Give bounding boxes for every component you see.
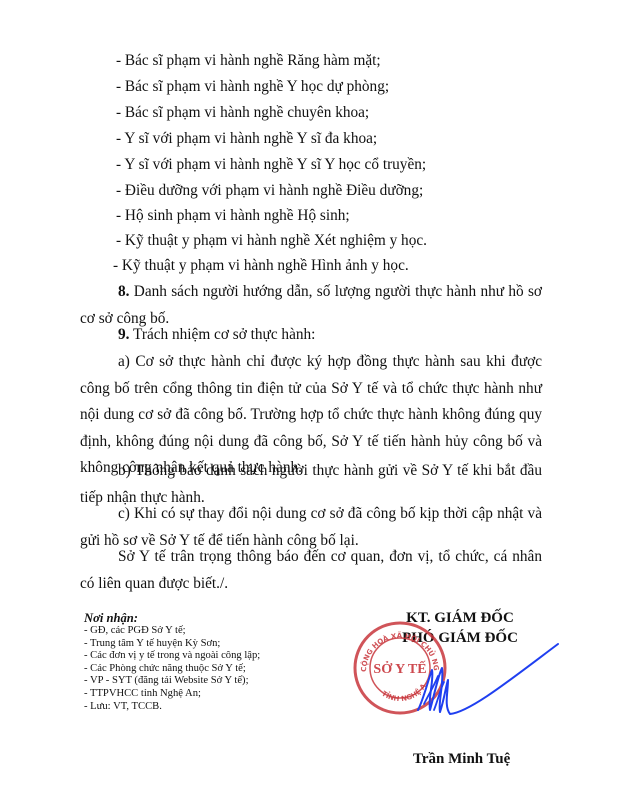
section-9c-text: c) Khi có sự thay đổi nội dung cơ sở đã … — [80, 505, 542, 549]
closing-text: Sở Y tế trân trọng thông báo đến cơ quan… — [80, 548, 542, 592]
scope-item: - Điều dưỡng với phạm vi hành nghề Điều … — [116, 182, 423, 200]
recipient-item: - Trung tâm Y tế huyện Kỳ Sơn; — [84, 638, 260, 651]
recipient-item: - VP - SYT (đăng tải Website Sở Y tế); — [84, 675, 260, 688]
recipients-block: Nơi nhận: - GĐ, các PGĐ Sở Y tế; - Trung… — [84, 611, 260, 713]
recipient-item: - Các Phòng chức năng thuộc Sở Y tế; — [84, 663, 260, 676]
scope-item: - Y sĩ với phạm vi hành nghề Y sĩ đa kho… — [116, 130, 377, 148]
scope-item: - Kỹ thuật y phạm vi hành nghề Hình ảnh … — [113, 257, 409, 275]
scope-item: - Bác sĩ phạm vi hành nghề Răng hàm mặt; — [116, 52, 381, 70]
scope-item: - Bác sĩ phạm vi hành nghề chuyên khoa; — [116, 104, 369, 122]
section-9b-text: b) Thông báo danh sách người thực hành g… — [80, 462, 542, 506]
section-9-heading: 9. Trách nhiệm cơ sở thực hành: — [80, 322, 542, 349]
section-8-text: Danh sách người hướng dẫn, số lượng ngườ… — [80, 283, 542, 327]
recipient-item: - Lưu: VT, TCCB. — [84, 701, 260, 714]
recipient-item: - TTPVHCC tỉnh Nghệ An; — [84, 688, 260, 701]
scope-item: - Bác sĩ phạm vi hành nghề Y học dự phòn… — [116, 78, 389, 96]
scope-item: - Y sĩ với phạm vi hành nghề Y sĩ Y học … — [116, 156, 426, 174]
recipients-title: Nơi nhận: — [84, 611, 260, 625]
section-9-text: Trách nhiệm cơ sở thực hành: — [133, 326, 315, 343]
scope-item: - Kỹ thuật y phạm vi hành nghề Xét nghiệ… — [116, 232, 427, 250]
recipient-item: - GĐ, các PGĐ Sở Y tế; — [84, 625, 260, 638]
scope-item: - Hộ sinh phạm vi hành nghề Hộ sinh; — [116, 207, 350, 225]
document-page: - Bác sĩ phạm vi hành nghề Răng hàm mặt;… — [0, 0, 620, 788]
recipient-item: - Các đơn vị y tế trong và ngoài công lậ… — [84, 650, 260, 663]
section-8-number: 8. — [118, 283, 129, 300]
signature-icon — [410, 640, 560, 720]
section-9-number: 9. — [118, 326, 129, 343]
closing-paragraph: Sở Y tế trân trọng thông báo đến cơ quan… — [80, 544, 542, 597]
signer-name: Trần Minh Tuệ — [413, 751, 510, 768]
